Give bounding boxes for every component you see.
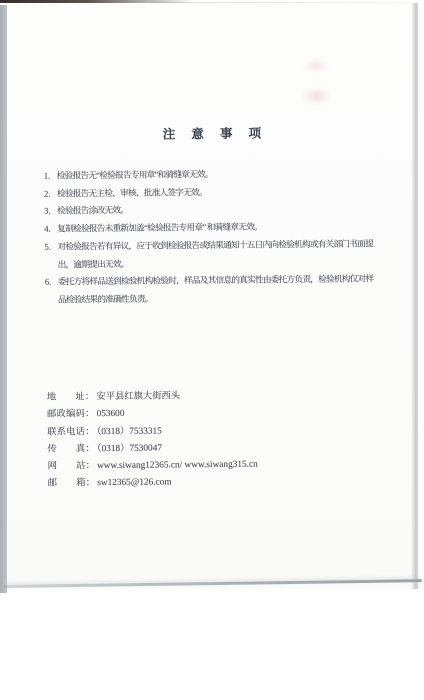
contact-label: 传 真： <box>47 444 95 454</box>
notice-list: 1. 检验报告无“检验报告专用章”和骑缝章无效。 2. 检验报告无主检、审核、批… <box>44 164 405 309</box>
contact-label: 邮政编码： <box>47 409 95 419</box>
contact-block: 地 址：安平县红旗大街西头 邮政编码：053600 联系电话：（0318）753… <box>47 386 388 493</box>
contact-value: 安平县红旗大街西头 <box>96 391 180 402</box>
item-number: 6. <box>45 274 58 310</box>
contact-label: 邮 箱： <box>48 479 96 489</box>
item-number: 2. <box>44 185 57 203</box>
page-title: 注 意 事 项 <box>5 122 418 144</box>
item-number: 5. <box>44 238 57 274</box>
item-text: 对检验报告若有异议，应于收到检验报告或结果通知十五日内向检验机构或有关部门书面提 <box>57 235 404 256</box>
contact-value: sw12365@126.com <box>97 478 172 489</box>
notice-item: 6. 委托方将样品送到检验机构检验时，样品及其信息的真实性由委托方负责，检验机构… <box>45 270 405 309</box>
item-number: 3. <box>44 203 57 221</box>
contact-value: www.siwang12365.cn/ www.siwang315.cn <box>97 460 258 472</box>
item-text: 品检验结果的准确性负责。 <box>58 288 405 309</box>
contact-value: （0318）7530047 <box>97 443 162 454</box>
notice-item: 5. 对检验报告若有异议，应于收到检验报告或结果通知十五日内向检验机构或有关部门… <box>44 235 404 274</box>
contact-row-email: 邮 箱：sw12365@126.com <box>48 473 388 494</box>
scanned-page: 注 意 事 项 1. 检验报告无“检验报告专用章”和骑缝章无效。 2. 检验报告… <box>7 3 420 589</box>
contact-label: 网 站： <box>48 461 96 471</box>
page-content: 注 意 事 项 1. 检验报告无“检验报告专用章”和骑缝章无效。 2. 检验报告… <box>4 1 423 591</box>
item-text: 委托方将样品送到检验机构检验时，样品及其信息的真实性由委托方负责，检验机构仅对样 <box>58 270 405 291</box>
item-number: 1. <box>44 167 57 185</box>
scanner-top-edge-faint <box>150 2 418 3</box>
contact-label: 联系电话： <box>47 427 95 437</box>
scanned-document: 注 意 事 项 1. 检验报告无“检验报告专用章”和骑缝章无效。 2. 检验报告… <box>0 0 424 700</box>
contact-value: （0318）7533315 <box>97 426 162 437</box>
item-number: 4. <box>44 221 57 239</box>
contact-value: 053600 <box>97 409 125 419</box>
contact-label: 地 址： <box>47 392 95 402</box>
